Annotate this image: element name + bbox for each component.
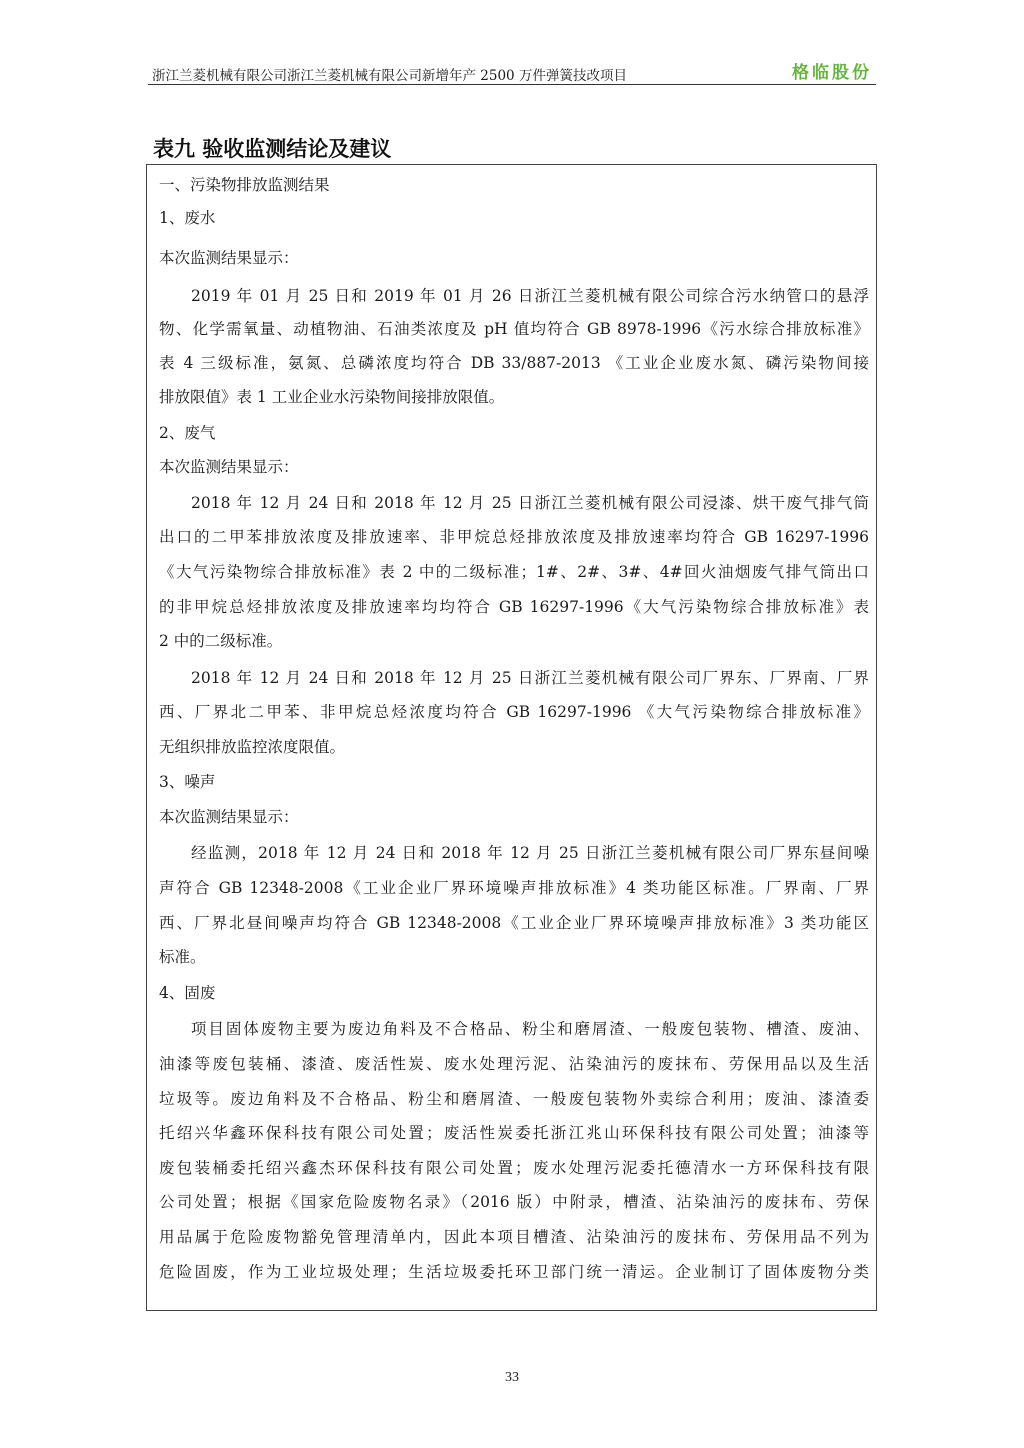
solid-waste-line: 油漆等废包装桶、漆渣、废活性炭、废水处理污泥、沾染油污的废抹布、劳保用品以及生活 — [159, 1054, 869, 1074]
solid-waste-line: 废包装桶委托绍兴鑫杰环保科技有限公司处置；废水处理污泥委托德清水一方环保科技有限 — [159, 1158, 869, 1178]
wastewater-line: 排放限值》表 1 工业企业水污染物间接排放限值。 — [159, 387, 869, 407]
waste-gas-line: 的非甲烷总烃排放浓度及排放速率均均符合 GB 16297-1996《大气污染物综… — [159, 597, 869, 617]
waste-gas-line: 《大气污染物综合排放标准》表 2 中的二级标准；1#、2#、3#、4#回火油烟废… — [159, 562, 869, 582]
wastewater-line: 表 4 三级标准，氨氮、总磷浓度均符合 DB 33/887-2013 《工业企业… — [159, 353, 869, 373]
noise-title: 3、噪声 — [159, 772, 215, 792]
waste-gas-title: 2、废气 — [159, 423, 215, 443]
wastewater-line: 物、化学需氧量、动植物油、石油类浓度及 pH 值均符合 GB 8978-1996… — [159, 319, 869, 339]
page-number: 33 — [0, 1370, 1024, 1386]
solid-waste-line: 垃圾等。废边角料及不合格品、粉尘和磨屑渣、一般废包装物外卖综合利用；废油、漆渣委 — [159, 1089, 869, 1109]
noise-line: 声符合 GB 12348-2008《工业企业厂界环境噪声排放标准》4 类功能区标… — [159, 878, 869, 898]
wastewater-title: 1、废水 — [159, 208, 215, 228]
waste-gas-line: 出口的二甲苯排放浓度及排放速率、非甲烷总烃排放浓度及排放速率均符合 GB 162… — [159, 527, 869, 547]
noise-intro: 本次监测结果显示： — [159, 807, 299, 827]
solid-waste-line: 托绍兴华鑫环保科技有限公司处置；废活性炭委托浙江兆山环保科技有限公司处置；油漆等 — [159, 1123, 869, 1143]
noise-line: 经监测，2018 年 12 月 24 日和 2018 年 12 月 25 日浙江… — [191, 843, 869, 863]
company-logo: 格临股份 — [792, 58, 872, 83]
noise-line: 标准。 — [159, 947, 869, 967]
waste-gas-line: 2018 年 12 月 24 日和 2018 年 12 月 25 日浙江兰菱机械… — [191, 493, 869, 513]
content-table-cell: 一、污染物排放监测结果 1、废水 本次监测结果显示： 2019 年 01 月 2… — [146, 164, 877, 1311]
header-title: 浙江兰菱机械有限公司浙江兰菱机械有限公司新增年产 2500 万件弹簧技改项目 — [152, 64, 627, 84]
noise-line: 西、厂界北昼间噪声均符合 GB 12348-2008《工业企业厂界环境噪声排放标… — [159, 913, 869, 933]
page-header: 浙江兰菱机械有限公司浙江兰菱机械有限公司新增年产 2500 万件弹簧技改项目 格… — [148, 58, 876, 85]
solid-waste-line: 用品属于危险废物豁免管理清单内，因此本项目槽渣、沾染油污的废抹布、劳保用品不列为 — [159, 1227, 869, 1247]
waste-gas-intro: 本次监测结果显示： — [159, 457, 299, 477]
wastewater-intro: 本次监测结果显示： — [159, 248, 299, 268]
waste-gas-line: 2018 年 12 月 24 日和 2018 年 12 月 25 日浙江兰菱机械… — [191, 668, 869, 688]
solid-waste-line: 项目固体废物主要为废边角料及不合格品、粉尘和磨屑渣、一般废包装物、槽渣、废油、 — [191, 1019, 869, 1039]
section-title: 表九 验收监测结论及建议 — [153, 133, 391, 163]
waste-gas-line: 2 中的二级标准。 — [159, 631, 869, 651]
waste-gas-line: 无组织排放监控浓度限值。 — [159, 737, 869, 757]
solid-waste-line: 危险固废，作为工业垃圾处理；生活垃圾委托环卫部门统一清运。企业制订了固体废物分类 — [159, 1262, 869, 1282]
waste-gas-line: 西、厂界北二甲苯、非甲烷总烃浓度均符合 GB 16297-1996 《大气污染物… — [159, 702, 869, 722]
wastewater-line: 2019 年 01 月 25 日和 2019 年 01 月 26 日浙江兰菱机械… — [191, 286, 869, 306]
solid-waste-line: 公司处置；根据《国家危险废物名录》（2016 版）中附录，槽渣、沾染油污的废抹布… — [159, 1192, 869, 1212]
results-heading: 一、污染物排放监测结果 — [159, 175, 330, 195]
solid-waste-title: 4、固废 — [159, 983, 215, 1003]
